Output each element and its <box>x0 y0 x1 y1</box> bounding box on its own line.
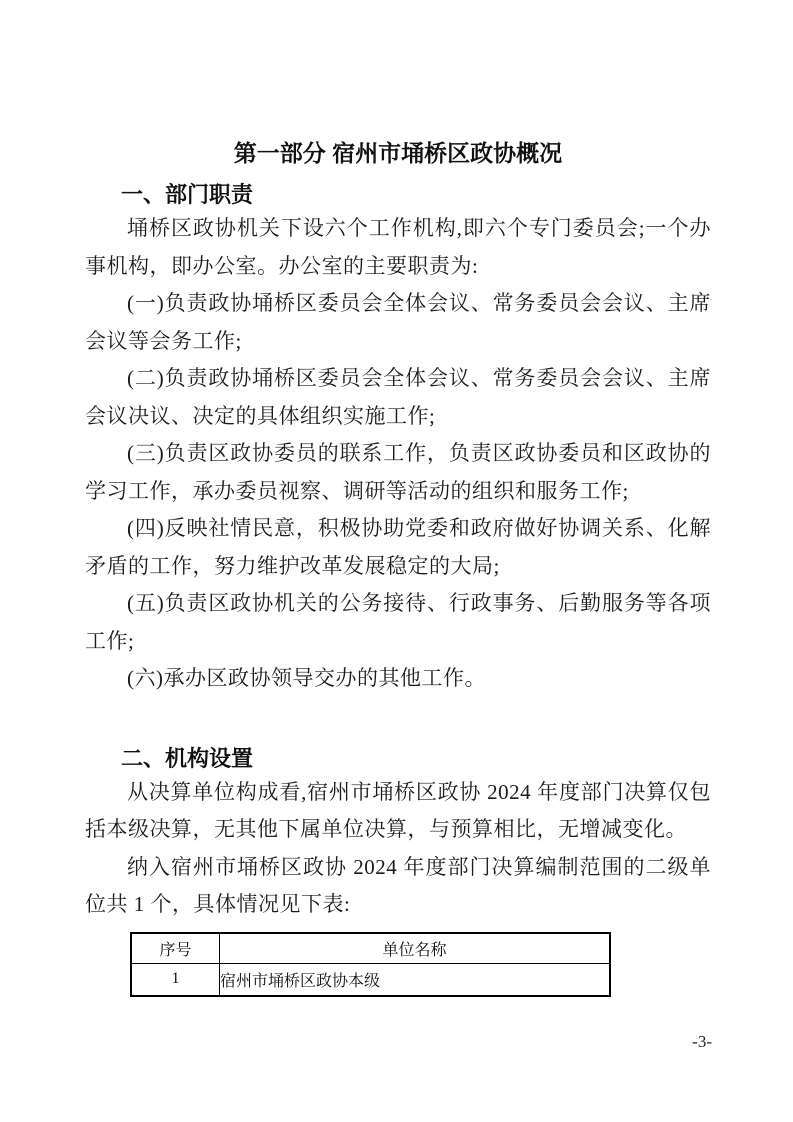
paragraph-duty-2: (二)负责政协埇桥区委员会全体会议、常务委员会会议、主席会议决议、决定的具体组织… <box>85 360 711 435</box>
document-page: 第一部分 宿州市埇桥区政协概况 一、部门职责 埇桥区政协机关下设六个工作机构,即… <box>0 0 793 1122</box>
unit-name-cell: 宿州市埇桥区政协本级 <box>220 963 611 996</box>
paragraph-duty-5: (五)负责区政协机关的公务接待、行政事务、后勤服务等各项工作; <box>85 585 711 660</box>
paragraph-org-2: 纳入宿州市埇桥区政协 2024 年度部门决算编制范围的二级单位共 1 个，具体情… <box>85 849 711 924</box>
paragraph-duties-intro: 埇桥区政协机关下设六个工作机构,即六个专门委员会;一个办事机构，即办公室。办公室… <box>85 210 711 285</box>
section-1-heading: 一、部门职责 <box>85 180 711 210</box>
paragraph-org-1: 从决算单位构成看,宿州市埇桥区政协 2024 年度部门决算仅包括本级决算，无其他… <box>85 774 711 849</box>
unit-table: 序号 单位名称 1 宿州市埇桥区政协本级 <box>130 932 611 997</box>
paragraph-duty-3: (三)负责区政协委员的联系工作，负责区政协委员和区政协的学习工作，承办委员视察、… <box>85 435 711 510</box>
section-2-heading: 二、机构设置 <box>85 744 711 774</box>
page-title: 第一部分 宿州市埇桥区政协概况 <box>85 138 711 168</box>
page-number: -3- <box>692 1032 712 1052</box>
document-content: 第一部分 宿州市埇桥区政协概况 一、部门职责 埇桥区政协机关下设六个工作机构,即… <box>85 138 711 997</box>
unit-index-cell: 1 <box>131 963 220 996</box>
paragraph-duty-6: (六)承办区政协领导交办的其他工作。 <box>85 660 711 698</box>
paragraph-duty-4: (四)反映社情民意，积极协助党委和政府做好协调关系、化解矛盾的工作，努力维护改革… <box>85 510 711 585</box>
paragraph-duty-1: (一)负责政协埇桥区委员会全体会议、常务委员会会议、主席会议等会务工作; <box>85 285 711 360</box>
table-row: 1 宿州市埇桥区政协本级 <box>131 963 610 996</box>
unit-table-header-row: 序号 单位名称 <box>131 933 610 964</box>
unit-table-header-index: 序号 <box>131 933 220 964</box>
unit-table-header-name: 单位名称 <box>220 933 611 964</box>
